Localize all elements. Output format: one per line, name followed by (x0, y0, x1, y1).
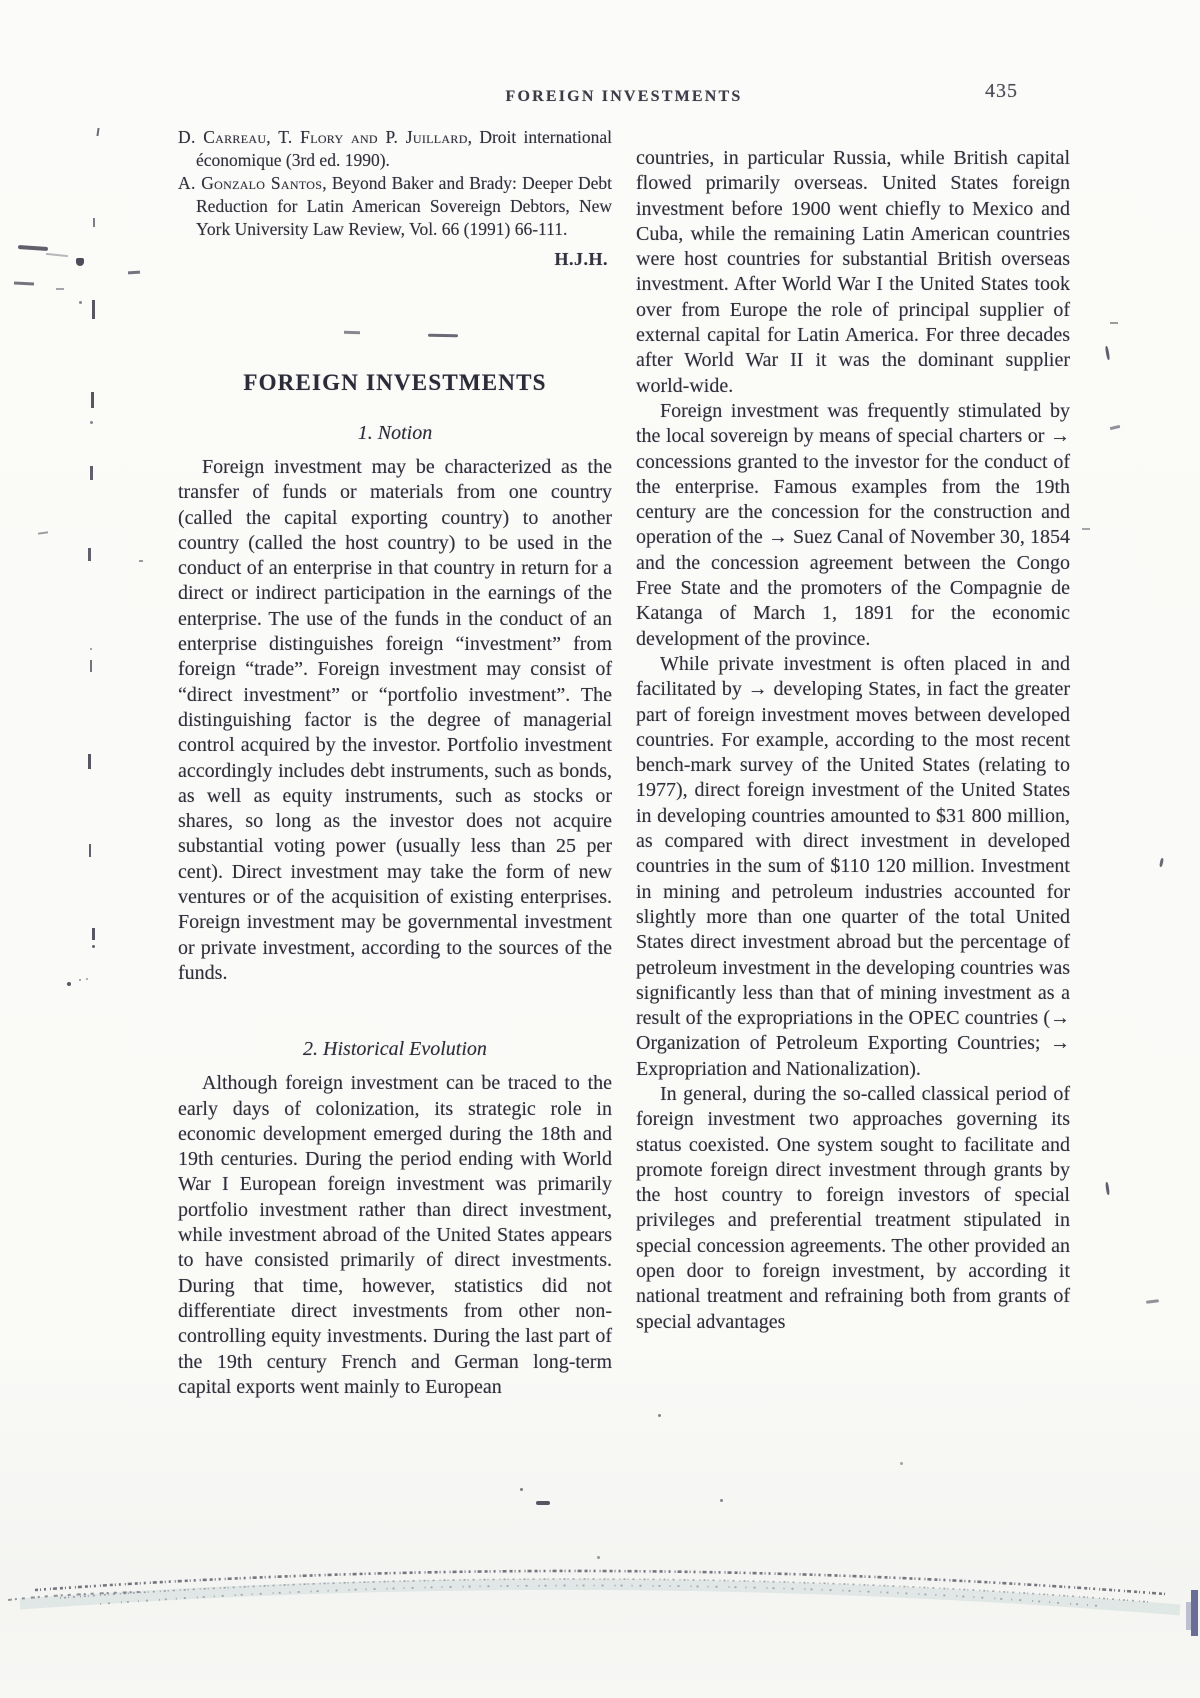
private-investment-paragraph: While private investment is often placed… (636, 652, 1070, 1082)
section-heading-notion: 1. Notion (178, 422, 612, 445)
scan-speck (18, 245, 48, 251)
right-column: countries, in particular Russia, while B… (636, 146, 1070, 1335)
continuation-paragraph: countries, in particular Russia, while B… (636, 146, 1070, 399)
scan-speck (46, 253, 68, 257)
scan-speck (88, 548, 91, 561)
reference-list: D. Carreau, T. Flory and P. Juillard, Dr… (178, 126, 612, 241)
scan-speck (96, 128, 99, 136)
scan-speck (88, 754, 91, 769)
scan-speck (658, 1414, 661, 1417)
scan-speck (90, 421, 93, 424)
scan-speck (1082, 528, 1090, 530)
running-head: FOREIGN INVESTMENTS (178, 88, 1070, 106)
scanned-page: FOREIGN INVESTMENTS 435 D. Carreau, T. F… (0, 0, 1200, 1698)
scan-speck (79, 979, 81, 981)
page-number: 435 (985, 80, 1018, 103)
notion-paragraph: Foreign investment may be characterized … (178, 455, 612, 986)
historical-evolution-paragraph: Although foreign investment can be trace… (178, 1071, 612, 1400)
scan-speck (86, 978, 88, 980)
scan-speck (1110, 425, 1120, 430)
scan-speck (89, 844, 91, 857)
scan-speck (38, 531, 48, 534)
scan-speck (1105, 1182, 1110, 1195)
scan-speck (128, 271, 140, 275)
reference-authors: D. Carreau, T. Flory and P. Juillard (178, 127, 468, 147)
scan-speck (90, 466, 93, 480)
scan-speck (79, 301, 82, 304)
scan-speck (428, 334, 458, 338)
reference-authors: A. Gonzalo Santos (178, 173, 322, 193)
scan-speck (900, 1462, 903, 1465)
scan-speck (92, 928, 95, 940)
reference-entry: A. Gonzalo Santos, Beyond Baker and Brad… (178, 172, 612, 241)
stimulation-paragraph: Foreign investment was frequently stimul… (636, 399, 1070, 652)
scan-speck (1110, 322, 1118, 324)
classical-period-paragraph: In general, during the so-called classic… (636, 1082, 1070, 1335)
scan-speck (93, 218, 95, 227)
scan-speck (76, 258, 84, 266)
article-title: FOREIGN INVESTMENTS (178, 370, 612, 396)
scan-speck (520, 1488, 523, 1491)
scan-speck (720, 1499, 723, 1502)
scan-speck (536, 1501, 550, 1505)
author-initials: H.J.H. (178, 249, 608, 270)
scan-speck (67, 982, 71, 986)
scan-speck (1146, 1299, 1159, 1304)
scan-speck (1159, 858, 1164, 867)
reference-entry: D. Carreau, T. Flory and P. Juillard, Dr… (178, 126, 612, 172)
left-column: D. Carreau, T. Flory and P. Juillard, Dr… (178, 126, 612, 1400)
scan-speck (14, 281, 34, 285)
page-edge-scan-band (0, 1548, 1200, 1638)
scan-speck (90, 648, 92, 650)
scan-speck (344, 331, 360, 335)
scan-speck (92, 945, 95, 948)
scan-speck (92, 300, 95, 319)
scan-speck (91, 392, 94, 408)
scan-speck (56, 288, 64, 290)
scan-speck (1105, 346, 1110, 360)
section-heading-historical-evolution: 2. Historical Evolution (178, 1038, 612, 1061)
scan-speck (139, 560, 143, 562)
scan-speck (90, 660, 92, 672)
